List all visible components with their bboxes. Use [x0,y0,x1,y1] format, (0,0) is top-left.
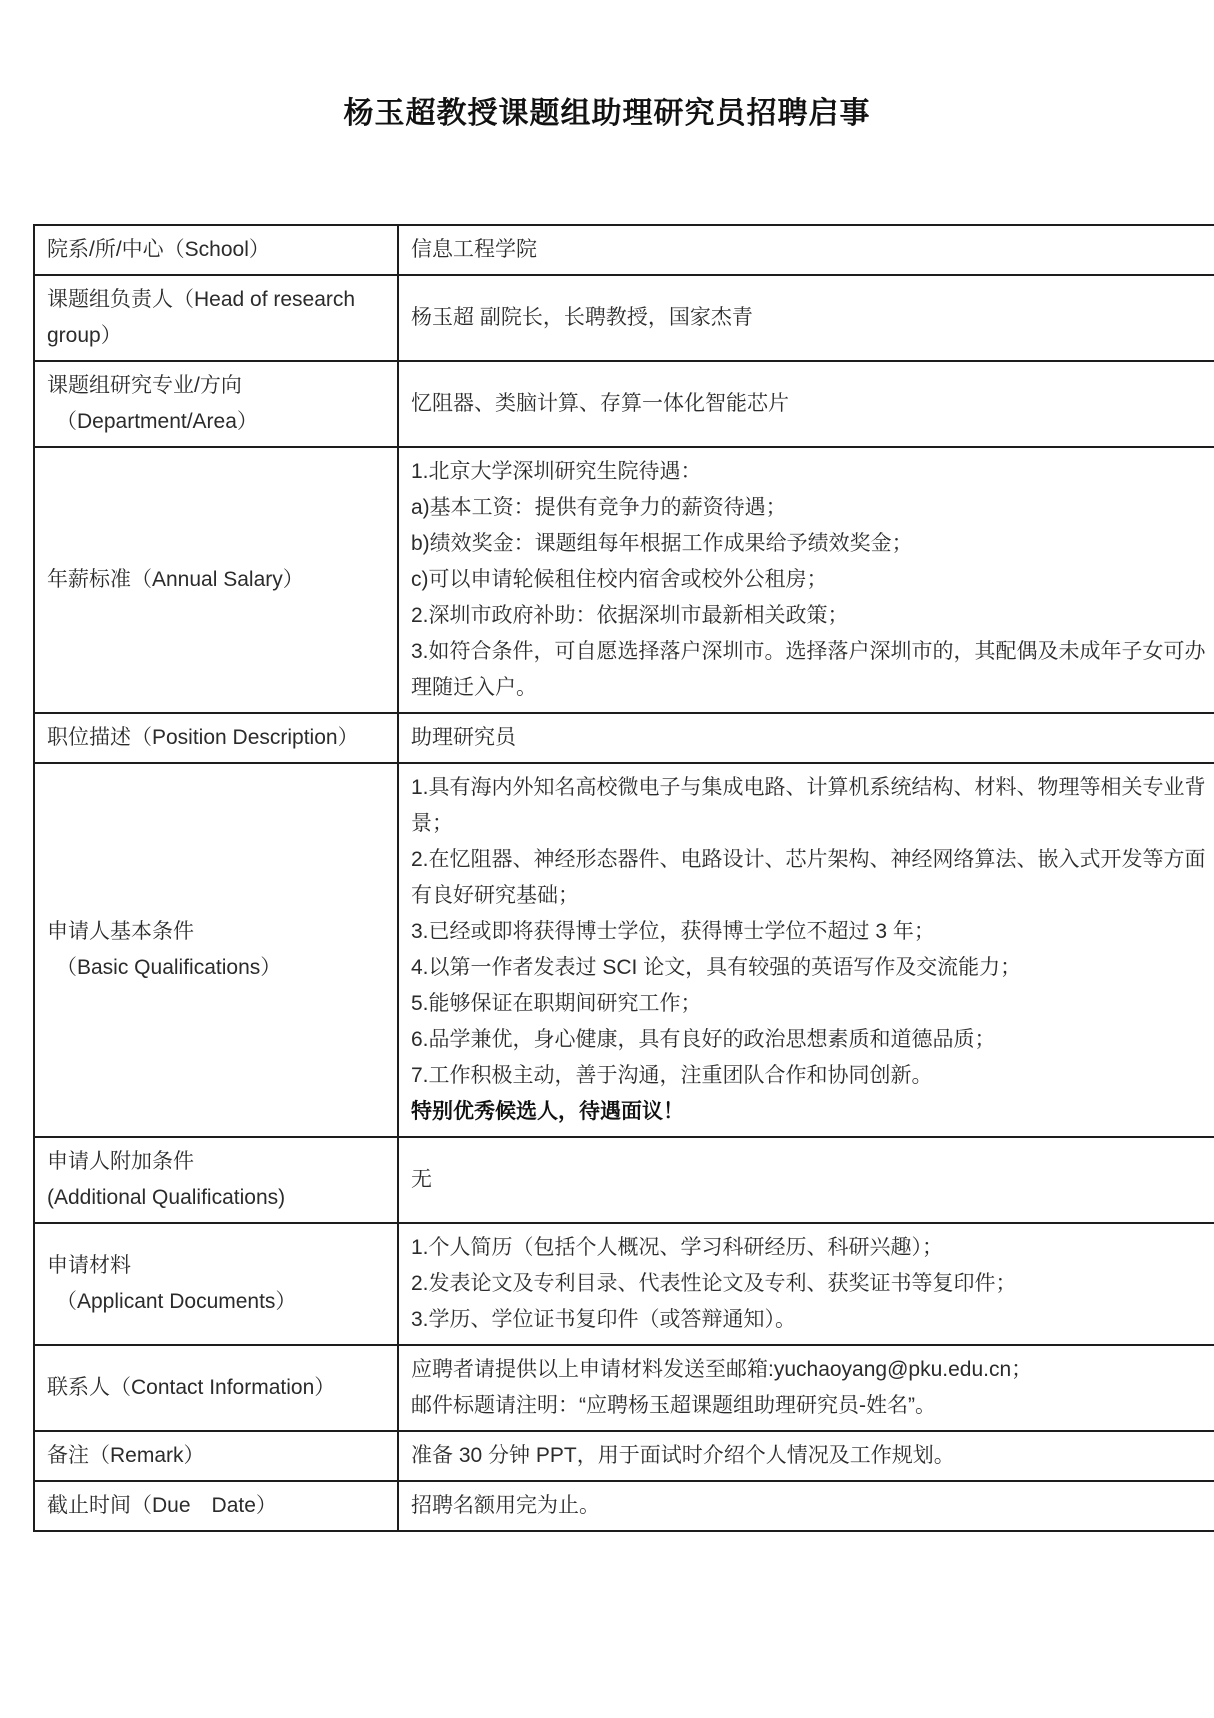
row-value: 信息工程学院 [398,225,1214,275]
table-row: 课题组负责人（Head of researchgroup）杨玉超 副院长，长聘教… [34,275,1214,361]
row-value-line: 1.具有海内外知名高校微电子与集成电路、计算机系统结构、材料、物理等相关专业背景… [411,770,1214,842]
row-value: 准备 30 分钟 PPT，用于面试时介绍个人情况及工作规划。 [398,1431,1214,1481]
row-value: 招聘名额用完为止。 [398,1481,1214,1531]
row-label-line: 年薪标准（Annual Salary） [47,562,385,598]
row-value: 杨玉超 副院长，长聘教授，国家杰青 [398,275,1214,361]
row-value-line: a)基本工资：提供有竞争力的薪资待遇； [411,490,1214,526]
row-label: 联系人（Contact Information） [34,1345,398,1431]
row-label: 申请人附加条件(Additional Qualifications) [34,1137,398,1223]
row-label-line: 院系/所/中心（School） [47,232,385,268]
row-value-line: 1.北京大学深圳研究生院待遇： [411,454,1214,490]
row-label-line: 课题组研究专业/方向 [47,368,385,404]
table-row: 备注（Remark）准备 30 分钟 PPT，用于面试时介绍个人情况及工作规划。 [34,1431,1214,1481]
row-value: 1.个人简历（包括个人概况、学习科研经历、科研兴趣）；2.发表论文及专利目录、代… [398,1223,1214,1345]
row-value-line: 特别优秀候选人，待遇面议！ [411,1094,1214,1130]
row-label-line: 联系人（Contact Information） [47,1370,385,1406]
row-label: 申请材料（Applicant Documents） [34,1223,398,1345]
table-row: 截止时间（Due Date）招聘名额用完为止。 [34,1481,1214,1531]
table-row: 申请人基本条件（Basic Qualifications）1.具有海内外知名高校… [34,763,1214,1137]
row-value: 无 [398,1137,1214,1223]
row-value-line: 邮件标题请注明：“应聘杨玉超课题组助理研究员-姓名”。 [411,1388,1214,1424]
table-row: 申请人附加条件(Additional Qualifications)无 [34,1137,1214,1223]
row-label-line: 申请人基本条件 [47,914,385,950]
row-label-line: （Basic Qualifications） [47,950,385,986]
row-label: 职位描述（Position Description） [34,713,398,763]
row-value-line: 3.如符合条件，可自愿选择落户深圳市。选择落户深圳市的，其配偶及未成年子女可办理… [411,634,1214,706]
row-value-line: 3.学历、学位证书复印件（或答辩通知）。 [411,1302,1214,1338]
table-row: 申请材料（Applicant Documents）1.个人简历（包括个人概况、学… [34,1223,1214,1345]
row-value-line: 2.发表论文及专利目录、代表性论文及专利、获奖证书等复印件； [411,1266,1214,1302]
table-row: 年薪标准（Annual Salary）1.北京大学深圳研究生院待遇：a)基本工资… [34,447,1214,713]
row-value-line: 忆阻器、类脑计算、存算一体化智能芯片 [411,386,1214,422]
row-label-line: (Additional Qualifications) [47,1180,385,1216]
table-row: 联系人（Contact Information）应聘者请提供以上申请材料发送至邮… [34,1345,1214,1431]
row-value-line: 6.品学兼优，身心健康，具有良好的政治思想素质和道德品质； [411,1022,1214,1058]
table-row: 职位描述（Position Description）助理研究员 [34,713,1214,763]
table-row: 院系/所/中心（School）信息工程学院 [34,225,1214,275]
row-value-line: 助理研究员 [411,720,1214,756]
row-value: 助理研究员 [398,713,1214,763]
row-value: 1.北京大学深圳研究生院待遇：a)基本工资：提供有竞争力的薪资待遇；b)绩效奖金… [398,447,1214,713]
row-value-line: b)绩效奖金：课题组每年根据工作成果给予绩效奖金； [411,526,1214,562]
row-label: 备注（Remark） [34,1431,398,1481]
row-label-line: 课题组负责人（Head of research [47,282,385,318]
row-label-line: 备注（Remark） [47,1438,385,1474]
row-label-line: group） [47,318,385,354]
row-label-line: 截止时间（Due Date） [47,1488,385,1524]
page-title: 杨玉超教授课题组助理研究员招聘启事 [0,0,1214,132]
row-value-line: 5.能够保证在职期间研究工作； [411,986,1214,1022]
row-label-line: （Applicant Documents） [47,1284,385,1320]
row-value-line: 1.个人简历（包括个人概况、学习科研经历、科研兴趣）； [411,1230,1214,1266]
table-row: 课题组研究专业/方向（Department/Area）忆阻器、类脑计算、存算一体… [34,361,1214,447]
row-label-line: 职位描述（Position Description） [47,720,385,756]
row-value-line: 杨玉超 副院长，长聘教授，国家杰青 [411,300,1214,336]
recruitment-table: 院系/所/中心（School）信息工程学院课题组负责人（Head of rese… [33,224,1214,1532]
row-label-line: 申请材料 [47,1248,385,1284]
row-value: 应聘者请提供以上申请材料发送至邮箱:yuchaoyang@pku.edu.cn；… [398,1345,1214,1431]
row-value-line: 无 [411,1162,1214,1198]
row-label: 申请人基本条件（Basic Qualifications） [34,763,398,1137]
row-value-line: 2.在忆阻器、神经形态器件、电路设计、芯片架构、神经网络算法、嵌入式开发等方面有… [411,842,1214,914]
row-value: 忆阻器、类脑计算、存算一体化智能芯片 [398,361,1214,447]
row-label-line: 申请人附加条件 [47,1144,385,1180]
row-value-line: 2.深圳市政府补助：依据深圳市最新相关政策； [411,598,1214,634]
row-label-line: （Department/Area） [47,404,385,440]
row-value-line: 准备 30 分钟 PPT，用于面试时介绍个人情况及工作规划。 [411,1438,1214,1474]
row-value-line: 应聘者请提供以上申请材料发送至邮箱:yuchaoyang@pku.edu.cn； [411,1352,1214,1388]
row-label: 院系/所/中心（School） [34,225,398,275]
row-value: 1.具有海内外知名高校微电子与集成电路、计算机系统结构、材料、物理等相关专业背景… [398,763,1214,1137]
row-value-line: 信息工程学院 [411,232,1214,268]
row-label: 课题组研究专业/方向（Department/Area） [34,361,398,447]
row-value-line: c)可以申请轮候租住校内宿舍或校外公租房； [411,562,1214,598]
row-label: 年薪标准（Annual Salary） [34,447,398,713]
recruitment-table-body: 院系/所/中心（School）信息工程学院课题组负责人（Head of rese… [34,225,1214,1531]
document-page: 杨玉超教授课题组助理研究员招聘启事 院系/所/中心（School）信息工程学院课… [0,0,1214,1718]
row-label: 课题组负责人（Head of researchgroup） [34,275,398,361]
row-value-line: 3.已经或即将获得博士学位，获得博士学位不超过 3 年； [411,914,1214,950]
row-value-line: 7.工作积极主动，善于沟通，注重团队合作和协同创新。 [411,1058,1214,1094]
row-value-line: 招聘名额用完为止。 [411,1488,1214,1524]
row-label: 截止时间（Due Date） [34,1481,398,1531]
row-value-line: 4.以第一作者发表过 SCI 论文，具有较强的英语写作及交流能力； [411,950,1214,986]
